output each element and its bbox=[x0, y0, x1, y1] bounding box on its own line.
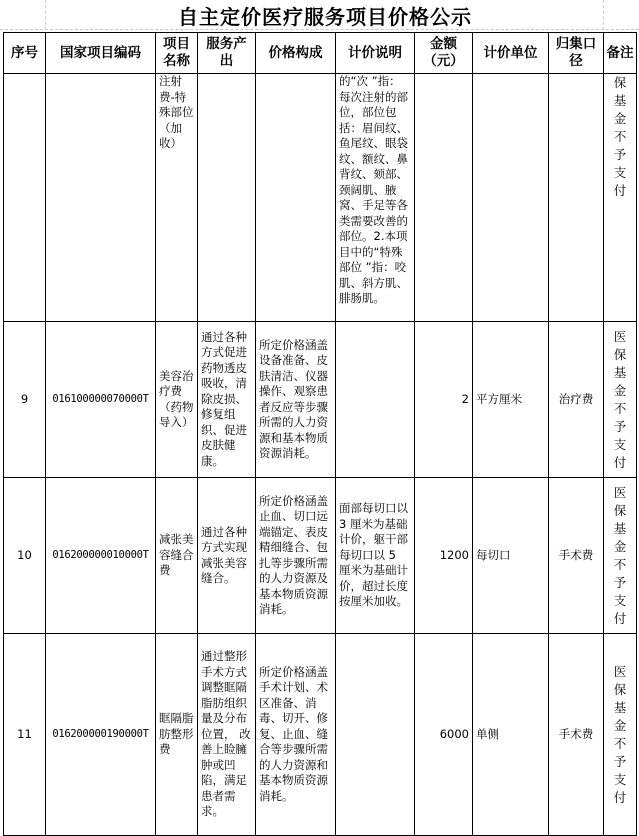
header-output: 服务产出 bbox=[198, 33, 256, 74]
cell-seq: 9 bbox=[4, 322, 46, 478]
cell-output bbox=[198, 74, 256, 322]
cell-remark: 医保基金不予支付 bbox=[604, 478, 637, 634]
table-row: 10 016200000010000T 减张美容缝合费 通过各种方式实现减张美容… bbox=[4, 478, 637, 634]
cell-name: 眶隔脂肪整形费 bbox=[156, 634, 198, 836]
remark-text: 保基金不予支付 bbox=[614, 74, 627, 200]
cell-category: 手术费 bbox=[549, 634, 604, 836]
header-category: 归集口径 bbox=[549, 33, 604, 74]
cell-code bbox=[46, 74, 156, 322]
cell-unit: 平方厘米 bbox=[473, 322, 549, 478]
cell-name: 注射费-特殊部位（加收） bbox=[156, 74, 198, 322]
cell-code: 016200000190000T bbox=[46, 634, 156, 836]
cell-composition: 所定价格涵盖设备准备、皮肤清洁、仪器操作、观察患者反应等步骤所需的人力资源和基本… bbox=[256, 322, 336, 478]
page-title: 自主定价医疗服务项目价格公示 bbox=[45, 2, 605, 32]
cell-output: 通过各种方式实现减张美容缝合。 bbox=[198, 478, 256, 634]
cell-remark: 医保基金不予支付 bbox=[604, 634, 637, 836]
header-seq: 序号 bbox=[4, 33, 46, 74]
cell-seq: 11 bbox=[4, 634, 46, 836]
remark-text: 医保基金不予支付 bbox=[614, 663, 627, 807]
header-description: 计价说明 bbox=[336, 33, 415, 74]
header-row: 序号 国家项目编码 项目名称 服务产出 价格构成 计价说明 金额（元） 计价单位… bbox=[4, 33, 637, 74]
header-composition: 价格构成 bbox=[256, 33, 336, 74]
cell-category bbox=[549, 74, 604, 322]
cell-category: 治疗费 bbox=[549, 322, 604, 478]
cell-seq: 10 bbox=[4, 478, 46, 634]
cell-code: 016200000010000T bbox=[46, 478, 156, 634]
cell-amount: 2 bbox=[415, 322, 473, 478]
cell-seq bbox=[4, 74, 46, 322]
header-name: 项目名称 bbox=[156, 33, 198, 74]
header-code: 国家项目编码 bbox=[46, 33, 156, 74]
cell-unit: 单侧 bbox=[473, 634, 549, 836]
cell-description bbox=[336, 634, 415, 836]
cell-code: 016100000070000T bbox=[46, 322, 156, 478]
table-row: 注射费-特殊部位（加收） 的“次 ”指：每次注射的部位，部位包括：眉间纹、鱼尾纹… bbox=[4, 74, 637, 322]
cell-amount: 6000 bbox=[415, 634, 473, 836]
cell-remark: 保基金不予支付 bbox=[604, 74, 637, 322]
header-amount: 金额（元） bbox=[415, 33, 473, 74]
cell-remark: 医保基金不予支付 bbox=[604, 322, 637, 478]
header-unit: 计价单位 bbox=[473, 33, 549, 74]
remark-text: 医保基金不予支付 bbox=[614, 484, 627, 628]
cell-amount bbox=[415, 74, 473, 322]
cell-amount: 1200 bbox=[415, 478, 473, 634]
table-row: 9 016100000070000T 美容治疗费（药物导入） 通过各种方式促进药… bbox=[4, 322, 637, 478]
cell-description: 面部每切口以 3 厘米为基础计价，躯干部每切口以 5 厘米为基础计价，超过长度按… bbox=[336, 478, 415, 634]
cell-composition: 所定价格涵盖手术计划、术区准备、消毒、切开、修复、止血、缝合等步骤所需的人力资源… bbox=[256, 634, 336, 836]
cell-name: 美容治疗费（药物导入） bbox=[156, 322, 198, 478]
cell-description: 的“次 ”指：每次注射的部位，部位包括：眉间纹、鱼尾纹、眼袋纹、额纹、鼻背纹、颏… bbox=[336, 74, 415, 322]
cell-composition bbox=[256, 74, 336, 322]
cell-output: 通过整形手术方式调整眶隔脂肪组织量及分布位置， 改善上睑臃肿或凹陷，满足患者需求… bbox=[198, 634, 256, 836]
cell-name: 减张美容缝合费 bbox=[156, 478, 198, 634]
table-row: 11 016200000190000T 眶隔脂肪整形费 通过整形手术方式调整眶隔… bbox=[4, 634, 637, 836]
cell-composition: 所定价格涵盖止血、切口远端锚定、表皮精细缝合、包扎等步骤所需的人力资源及基本物质… bbox=[256, 478, 336, 634]
cell-unit bbox=[473, 74, 549, 322]
header-remark: 备注 bbox=[604, 33, 637, 74]
cell-unit: 每切口 bbox=[473, 478, 549, 634]
price-table: 序号 国家项目编码 项目名称 服务产出 价格构成 计价说明 金额（元） 计价单位… bbox=[3, 32, 637, 836]
cell-output: 通过各种方式促进药物透皮吸收，清除皮损、修复组织、促进皮肤健康。 bbox=[198, 322, 256, 478]
cell-description bbox=[336, 322, 415, 478]
remark-text: 医保基金不予支付 bbox=[614, 328, 627, 472]
cell-category: 手术费 bbox=[549, 478, 604, 634]
